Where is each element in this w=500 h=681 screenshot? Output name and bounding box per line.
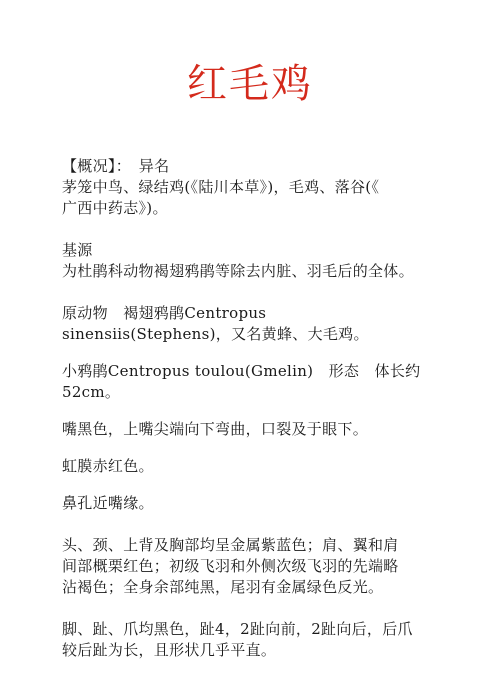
text-line: 头、颈、上背及胸部均呈金属紫蓝色；肩、翼和肩: [62, 535, 442, 556]
text-line: 间部概栗红色；初级飞羽和外侧次级飞羽的先端略: [62, 556, 442, 577]
section-morphology: 小鸦鹃Centropus toulou(Gmelin) 形态 体长约52cm。: [62, 361, 442, 403]
text-line: 虹膜赤红色。: [62, 456, 442, 477]
overview-heading-line: 【概况】： 异名: [62, 156, 442, 177]
page-title: 红毛鸡: [0, 58, 500, 110]
section-nostril: 鼻孔近嘴缘。: [62, 493, 442, 514]
text-line: 茅笼中鸟、绿结鸡(《陆川本草》)，毛鸡、落谷(《: [62, 177, 442, 198]
text-line: 较后趾为长，且形状几乎平直。: [62, 640, 442, 661]
text-line: 原动物 褐翅鸦鹃Centropus: [62, 303, 442, 324]
text-line: sinensiis(Stephens)，又名黄蜂、大毛鸡。: [62, 324, 442, 345]
text-line: 为杜鹃科动物褐翅鸦鹃等除去内脏、羽毛后的全体。: [62, 261, 442, 282]
text-line: 嘴黑色，上嘴尖端向下弯曲，口裂及于眼下。: [62, 419, 442, 440]
section-iris: 虹膜赤红色。: [62, 456, 442, 477]
text-line: 鼻孔近嘴缘。: [62, 493, 442, 514]
section-beak: 嘴黑色，上嘴尖端向下弯曲，口裂及于眼下。: [62, 419, 442, 440]
text-line: 脚、趾、爪均黑色，趾4，2趾向前，2趾向后，后爪: [62, 619, 442, 640]
text-line: 广西中药志》)。: [62, 198, 442, 219]
section-feet: 脚、趾、爪均黑色，趾4，2趾向前，2趾向后，后爪 较后趾为长，且形状几乎平直。: [62, 619, 442, 661]
text-line: 小鸦鹃Centropus toulou(Gmelin) 形态 体长约52cm。: [62, 361, 442, 403]
section-plumage: 头、颈、上背及胸部均呈金属紫蓝色；肩、翼和肩 间部概栗红色；初级飞羽和外侧次级飞…: [62, 535, 442, 598]
text-line: 沾褐色；全身余部纯黑，尾羽有金属绿色反光。: [62, 577, 442, 598]
section-source: 基源 为杜鹃科动物褐翅鸦鹃等除去内脏、羽毛后的全体。: [62, 240, 442, 282]
section-original-animal: 原动物 褐翅鸦鹃Centropus sinensiis(Stephens)，又名…: [62, 303, 442, 345]
source-heading: 基源: [62, 240, 442, 261]
section-overview: 【概况】： 异名 茅笼中鸟、绿结鸡(《陆川本草》)，毛鸡、落谷(《 广西中药志》…: [62, 156, 442, 219]
document-body: 【概况】： 异名 茅笼中鸟、绿结鸡(《陆川本草》)，毛鸡、落谷(《 广西中药志》…: [62, 156, 442, 661]
